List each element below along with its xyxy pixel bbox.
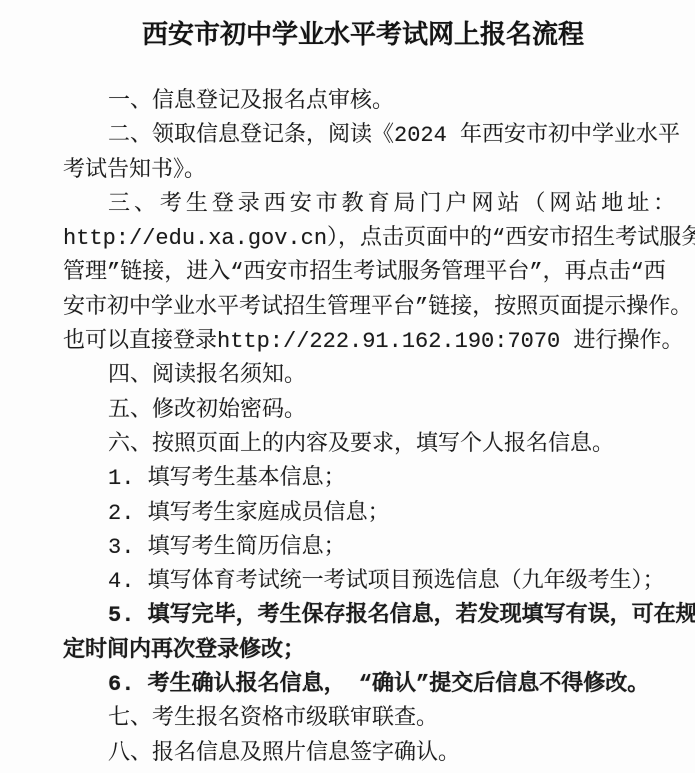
text-line: 2. 填写考生家庭成员信息；: [63, 497, 663, 531]
text-line: 五、修改初始密码。: [63, 394, 663, 428]
document-title: 西安市初中学业水平考试网上报名流程: [63, 14, 663, 51]
document-page: 西安市初中学业水平考试网上报名流程 一、信息登记及报名点审核。二、领取信息登记条…: [0, 0, 695, 773]
text-line: 四、阅读报名须知。: [63, 359, 663, 393]
text-line: 管理”链接，进入“西安市招生考试服务管理平台”，再点击“西: [63, 256, 663, 290]
text-line: 4. 填写体育考试统一考试项目预选信息（九年级考生）；: [63, 565, 663, 599]
text-line: http://edu.xa.gov.cn），点击页面中的“西安市招生考试服务: [63, 222, 663, 256]
text-line: 八、报名信息及照片信息签字确认。: [63, 737, 663, 771]
text-line: 6. 考生确认报名信息， “确认”提交后信息不得修改。: [63, 668, 663, 702]
text-line: 3. 填写考生简历信息；: [63, 531, 663, 565]
text-line: 定时间内再次登录修改；: [63, 634, 663, 668]
text-line: 七、考生报名资格市级联审联查。: [63, 702, 663, 736]
text-line: 安市初中学业水平考试招生管理平台”链接，按照页面提示操作。: [63, 291, 663, 325]
text-line: 1. 填写考生基本信息；: [63, 462, 663, 496]
text-line: 5. 填写完毕，考生保存报名信息，若发现填写有误，可在规: [63, 599, 663, 633]
text-line: 也可以直接登录http://222.91.162.190:7070 进行操作。: [63, 325, 663, 359]
text-line: 六、按照页面上的内容及要求，填写个人报名信息。: [63, 428, 663, 462]
document-body: 一、信息登记及报名点审核。二、领取信息登记条，阅读《2024 年西安市初中学业水…: [63, 85, 663, 771]
text-line: 二、领取信息登记条，阅读《2024 年西安市初中学业水平: [63, 119, 663, 153]
text-line: 考试告知书》。: [63, 154, 663, 188]
text-line: 三、考生登录西安市教育局门户网站（网站地址：: [63, 188, 663, 222]
text-line: 一、信息登记及报名点审核。: [63, 85, 663, 119]
